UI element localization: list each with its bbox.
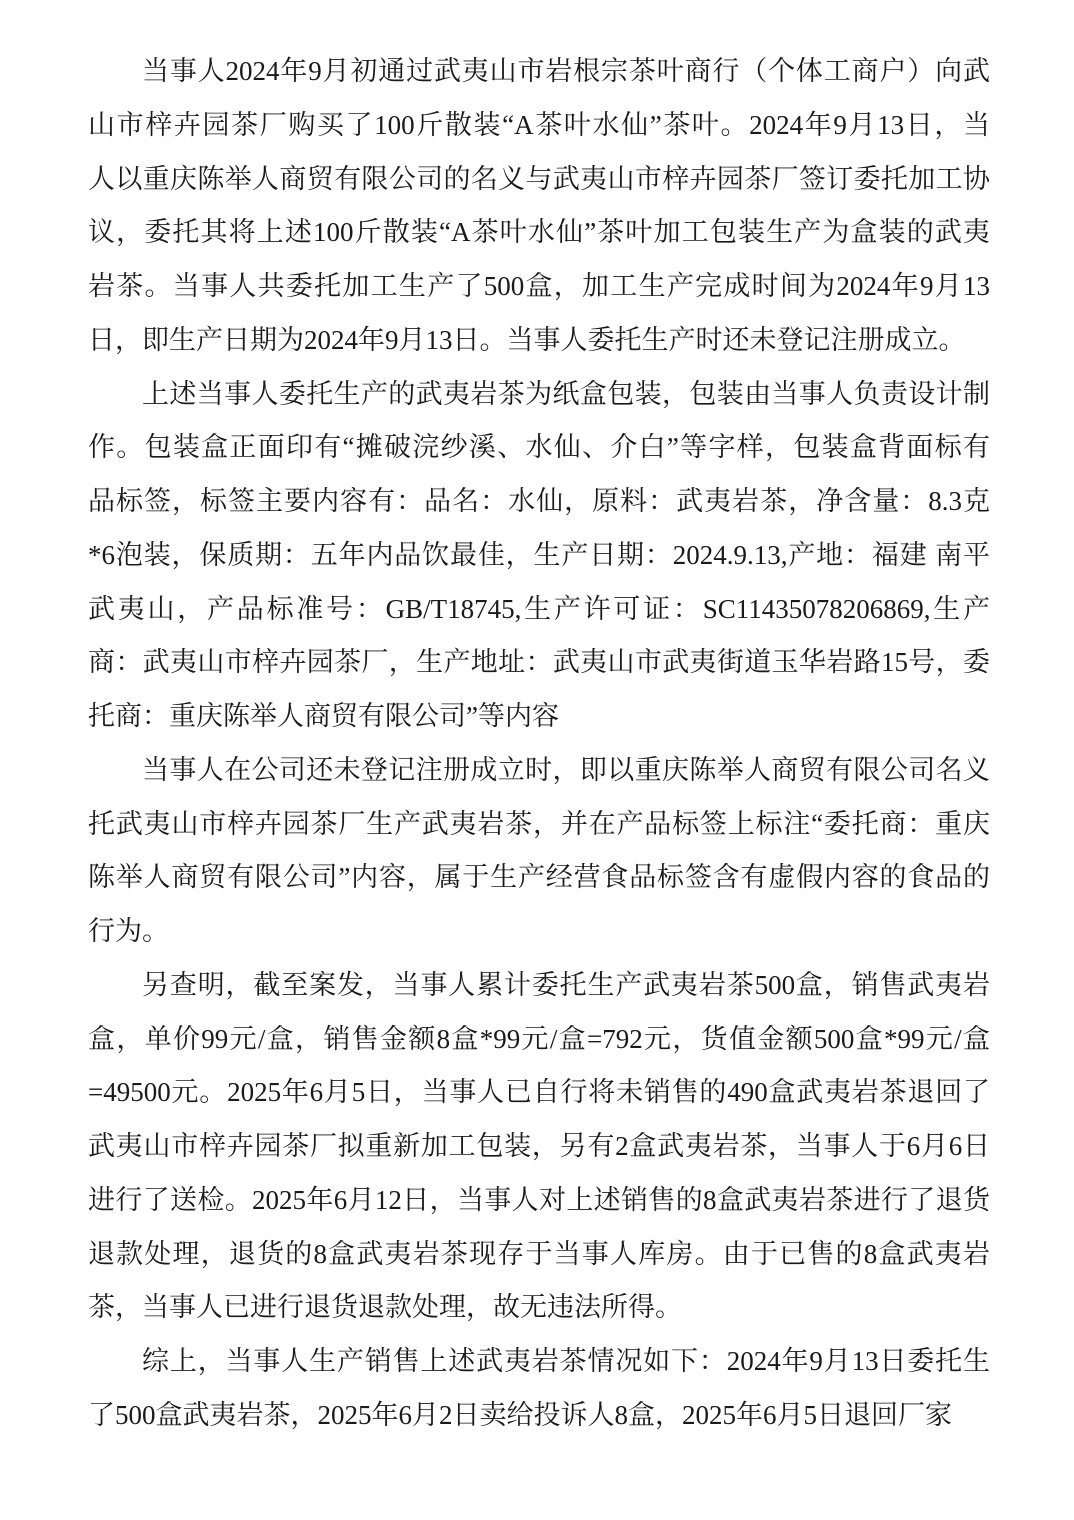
text-line: 盒，单价99元/盒，销售金额8盒*99元/盒=792元，货值金额500盒*99元… <box>88 1013 990 1067</box>
text-line: 综上，当事人生产销售上述武夷岩茶情况如下：2024年9月13日委托生 <box>88 1335 990 1389</box>
text-line: 进行了送检。2025年6月12日，当事人对上述销售的8盒武夷岩茶进行了退货 <box>88 1174 990 1228</box>
text-line: 武夷山，产品标准号：GB/T18745,生产许可证：SC114350782068… <box>88 583 990 637</box>
paragraph: 当事人在公司还未登记注册成立时，即以重庆陈举人商贸有限公司名义托武夷山市梓卉园茶… <box>88 744 990 959</box>
text-line: 当事人在公司还未登记注册成立时，即以重庆陈举人商贸有限公司名义 <box>88 744 990 798</box>
text-line: 了500盒武夷岩茶，2025年6月2日卖给投诉人8盒，2025年6月5日退回厂家 <box>88 1389 990 1443</box>
paragraph: 当事人2024年9月初通过武夷山市岩根宗茶叶商行（个体工商户）向武山市梓卉园茶厂… <box>88 45 990 368</box>
text-line: 陈举人商贸有限公司”内容，属于生产经营食品标签含有虚假内容的食品的 <box>88 851 990 905</box>
paragraph: 上述当事人委托生产的武夷岩茶为纸盒包装，包装由当事人负责设计制作。包装盒正面印有… <box>88 368 990 744</box>
text-line: 作。包装盒正面印有“摊破浣纱溪、水仙、介白”等字样，包装盒背面标有 <box>88 421 990 475</box>
text-line: 托商：重庆陈举人商贸有限公司”等内容 <box>88 690 990 744</box>
text-line: 武夷山市梓卉园茶厂拟重新加工包装，另有2盒武夷岩茶，当事人于6月6日 <box>88 1120 990 1174</box>
text-line: 托武夷山市梓卉园茶厂生产武夷岩茶，并在产品标签上标注“委托商：重庆 <box>88 798 990 852</box>
text-line: 人以重庆陈举人商贸有限公司的名义与武夷山市梓卉园茶厂签订委托加工协 <box>88 153 990 207</box>
paragraph: 另查明，截至案发，当事人累计委托生产武夷岩茶500盒，销售武夷岩盒，单价99元/… <box>88 959 990 1335</box>
text-line: 品标签，标签主要内容有：品名：水仙，原料：武夷岩茶，净含量：8.3克 <box>88 475 990 529</box>
text-line: 当事人2024年9月初通过武夷山市岩根宗茶叶商行（个体工商户）向武 <box>88 45 990 99</box>
text-line: 山市梓卉园茶厂购买了100斤散装“A茶叶水仙”茶叶。2024年9月13日，当 <box>88 99 990 153</box>
document-body: 当事人2024年9月初通过武夷山市岩根宗茶叶商行（个体工商户）向武山市梓卉园茶厂… <box>88 45 990 1443</box>
paragraph: 综上，当事人生产销售上述武夷岩茶情况如下：2024年9月13日委托生了500盒武… <box>88 1335 990 1443</box>
text-line: 商：武夷山市梓卉园茶厂，生产地址：武夷山市武夷街道玉华岩路15号，委 <box>88 636 990 690</box>
text-line: 岩茶。当事人共委托加工生产了500盒，加工生产完成时间为2024年9月13 <box>88 260 990 314</box>
text-line: 退款处理，退货的8盒武夷岩茶现存于当事人库房。由于已售的8盒武夷岩 <box>88 1228 990 1282</box>
text-line: =49500元。2025年6月5日，当事人已自行将未销售的490盒武夷岩茶退回了 <box>88 1066 990 1120</box>
text-line: 议，委托其将上述100斤散装“A茶叶水仙”茶叶加工包装生产为盒装的武夷 <box>88 206 990 260</box>
text-line: 日，即生产日期为2024年9月13日。当事人委托生产时还未登记注册成立。 <box>88 314 990 368</box>
text-line: *6泡装，保质期：五年内品饮最佳，生产日期：2024.9.13,产地：福建 南平 <box>88 529 990 583</box>
document-page: 当事人2024年9月初通过武夷山市岩根宗茶叶商行（个体工商户）向武山市梓卉园茶厂… <box>0 0 1074 1520</box>
text-line: 上述当事人委托生产的武夷岩茶为纸盒包装，包装由当事人负责设计制 <box>88 368 990 422</box>
text-line: 另查明，截至案发，当事人累计委托生产武夷岩茶500盒，销售武夷岩 <box>88 959 990 1013</box>
text-line: 行为。 <box>88 905 990 959</box>
text-line: 茶，当事人已进行退货退款处理，故无违法所得。 <box>88 1281 990 1335</box>
